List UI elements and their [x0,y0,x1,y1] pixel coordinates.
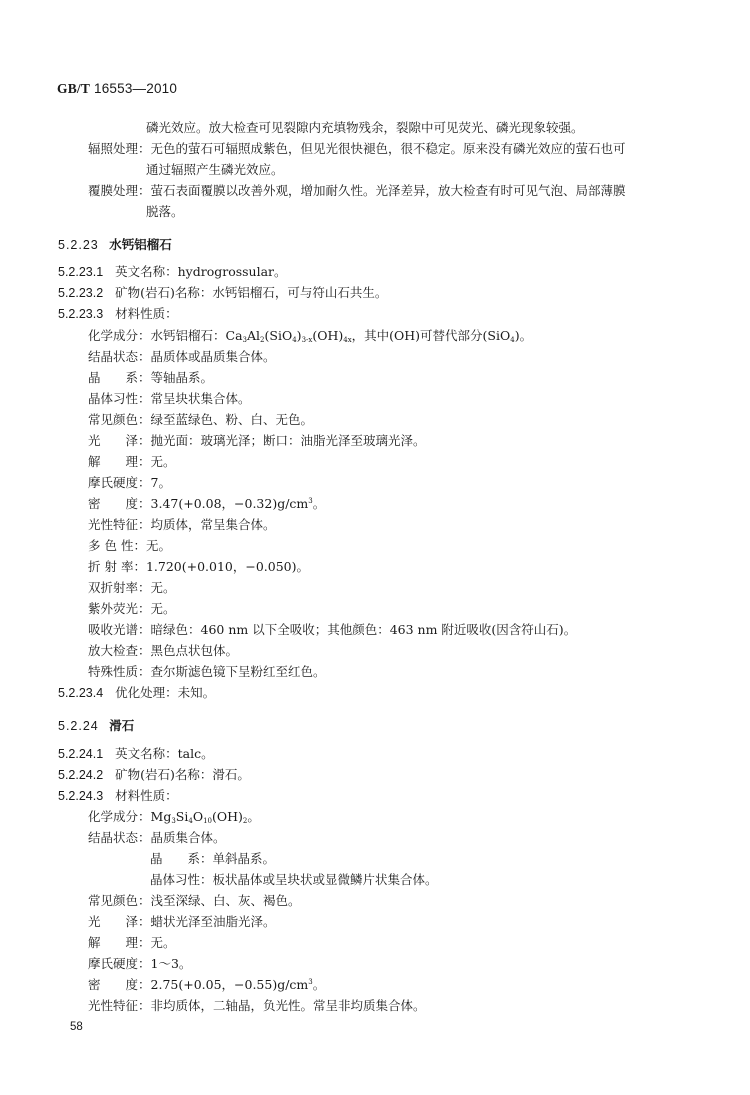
intro-line: 磷光效应。放大检查可见裂隙内充填物残余，裂隙中可见荧光、磷光现象较强。 [146,119,584,137]
coating-treatment: 覆膜处理：萤石表面覆膜以改善外观，增加耐久性。光泽差异，放大检查有时可见气泡、局… [88,182,626,200]
item-5-2-23-1: 5.2.23.1 英文名称：hydrogrossular。 [58,263,287,281]
property-row: 放大检查：黑色点状包体。 [88,642,238,660]
page-header: GB/T 16553—2010 [57,81,177,97]
chemical-composition: 化学成分：Mg3Si4O10(OH)2。 [88,808,260,826]
property-row: 解 理：无。 [88,453,176,471]
text: 无色的萤石可辐照成紫色，但见光很快褪色，很不稳定。原来没有磷光效应的萤石也可 [151,141,626,156]
chemical-composition: 化学成分：水钙铝榴石：Ca3Al2(SiO4)3-x(OH)4x，其中(OH)可… [88,327,532,345]
property-row: 摩氏硬度：7。 [88,474,171,492]
property-row: 光 泽：蜡状光泽至油脂光泽。 [88,913,276,931]
item-5-2-24-3: 5.2.24.3 材料性质： [58,787,178,805]
property-row: 吸收光谱：暗绿色：460 nm 以下全吸收；其他颜色：463 nm 附近吸收(因… [88,621,576,639]
property-row: 光 泽：抛光面：玻璃光泽；断口：油脂光泽至玻璃光泽。 [88,432,426,450]
property-row: 常见颜色：绿至蓝绿色、粉、白、无色。 [88,411,313,429]
irradiation-cont: 通过辐照产生磷光效应。 [146,161,284,179]
property-row: 晶体习性：常呈块状集合体。 [88,390,251,408]
label: 辐照处理： [88,141,151,156]
property-row: 晶体习性：板状晶体或呈块状或显微鳞片状集合体。 [150,871,438,889]
property-row: 双折射率：无。 [88,579,176,597]
property-row: 解 理：无。 [88,934,176,952]
item-5-2-23-4: 5.2.23.4 优化处理：未知。 [58,684,215,702]
property-row: 摩氏硬度：1～3。 [88,955,191,973]
label: 覆膜处理： [88,183,151,198]
section-heading-5-2-24: 5.2.24 滑石 [58,717,134,735]
item-5-2-23-3: 5.2.23.3 材料性质： [58,305,178,323]
property-row: 特殊性质：查尔斯滤色镜下呈粉红至红色。 [88,663,326,681]
section-heading-5-2-23: 5.2.23 水钙铝榴石 [58,236,172,254]
property-row: 结晶状态：晶质集合体。 [88,829,226,847]
coating-cont: 脱落。 [146,203,184,221]
item-5-2-23-2: 5.2.23.2 矿物(岩石)名称：水钙铝榴石，可与符山石共生。 [58,284,387,302]
property-row: 晶 系：等轴晶系。 [88,369,213,387]
item-5-2-24-1: 5.2.24.1 英文名称：talc。 [58,745,214,763]
standard-prefix: GB/T [57,81,90,96]
irradiation-treatment: 辐照处理：无色的萤石可辐照成紫色，但见光很快褪色，很不稳定。原来没有磷光效应的萤… [88,140,626,158]
property-row: 常见颜色：浅至深绿、白、灰、褐色。 [88,892,301,910]
property-row: 晶 系：单斜晶系。 [150,850,275,868]
property-row: 光性特征：非均质体，二轴晶，负光性。常呈非均质集合体。 [88,997,426,1015]
page-number: 58 [70,1021,83,1033]
property-row: 多 色 性：无。 [88,537,171,555]
text: 萤石表面覆膜以改善外观，增加耐久性。光泽差异，放大检查有时可见气泡、局部薄膜 [151,183,626,198]
property-row: 紫外荧光：无。 [88,600,176,618]
density-row: 密 度：3.47(+0.08，−0.32)g/cm3。 [88,495,325,513]
item-5-2-24-2: 5.2.24.2 矿物(岩石)名称：滑石。 [58,766,250,784]
density-row: 密 度：2.75(+0.05，−0.55)g/cm3。 [88,976,325,994]
standard-number: 16553—2010 [94,81,177,96]
property-row: 光性特征：均质体，常呈集合体。 [88,516,276,534]
property-row: 结晶状态：晶质体或晶质集合体。 [88,348,276,366]
property-row: 折 射 率：1.720(+0.010，−0.050)。 [88,558,309,576]
